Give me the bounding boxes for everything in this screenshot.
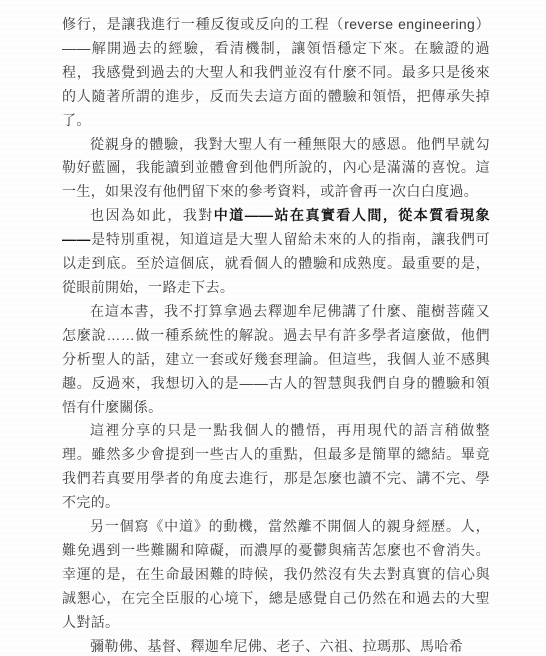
paragraph: 也因為如此，我對中道——站在真實看人間，從本質看現象——是特別重視，知道這是大聖… xyxy=(62,204,490,300)
paragraph: 修行，是讓我進行一種反復或反向的工程（reverse engineering）—… xyxy=(62,13,490,133)
body-text: 也因為如此，我對 xyxy=(90,207,214,223)
body-text: 是特別重視，知道這是大聖人留給未來的人的指南，讓我們可以走到底。至於這個底，就看… xyxy=(62,231,490,295)
body-text: 彌勒佛、基督、釋迦牟尼佛、老子、六祖、拉瑪那、馬哈希 xyxy=(90,638,463,654)
body-text: 從親身的體驗，我對大聖人有一種無限大的感恩。他們早就勾勒好藍圖，我能讀到並體會到… xyxy=(62,136,490,200)
paragraph: 彌勒佛、基督、釋迦牟尼佛、老子、六祖、拉瑪那、馬哈希 xyxy=(62,635,490,656)
body-text: 另一個寫《中道》的動機，當然離不開個人的親身經歷。人，難免遇到一些難關和障礙，而… xyxy=(62,518,490,630)
body-text: 修行，是讓我進行一種反復或反向的工程（reverse engineering）—… xyxy=(62,16,490,128)
paragraph: 這裡分享的只是一點我個人的體悟，再用現代的語言稍做整理。雖然多少會提到一些古人的… xyxy=(62,419,490,515)
page-text-body: 修行，是讓我進行一種反復或反向的工程（reverse engineering）—… xyxy=(62,13,490,656)
body-text: 這裡分享的只是一點我個人的體悟，再用現代的語言稍做整理。雖然多少會提到一些古人的… xyxy=(62,422,490,510)
paragraph: 從親身的體驗，我對大聖人有一種無限大的感恩。他們早就勾勒好藍圖，我能讀到並體會到… xyxy=(62,133,490,205)
book-page: 修行，是讓我進行一種反復或反向的工程（reverse engineering）—… xyxy=(0,0,546,656)
paragraph: 另一個寫《中道》的動機，當然離不開個人的親身經歷。人，難免遇到一些難關和障礙，而… xyxy=(62,515,490,635)
body-text: 在這本書，我不打算拿過去釋迦牟尼佛講了什麼、龍樹菩薩又怎麼說……做一種系統性的解… xyxy=(62,303,490,415)
paragraph: 在這本書，我不打算拿過去釋迦牟尼佛講了什麼、龍樹菩薩又怎麼說……做一種系統性的解… xyxy=(62,300,490,420)
